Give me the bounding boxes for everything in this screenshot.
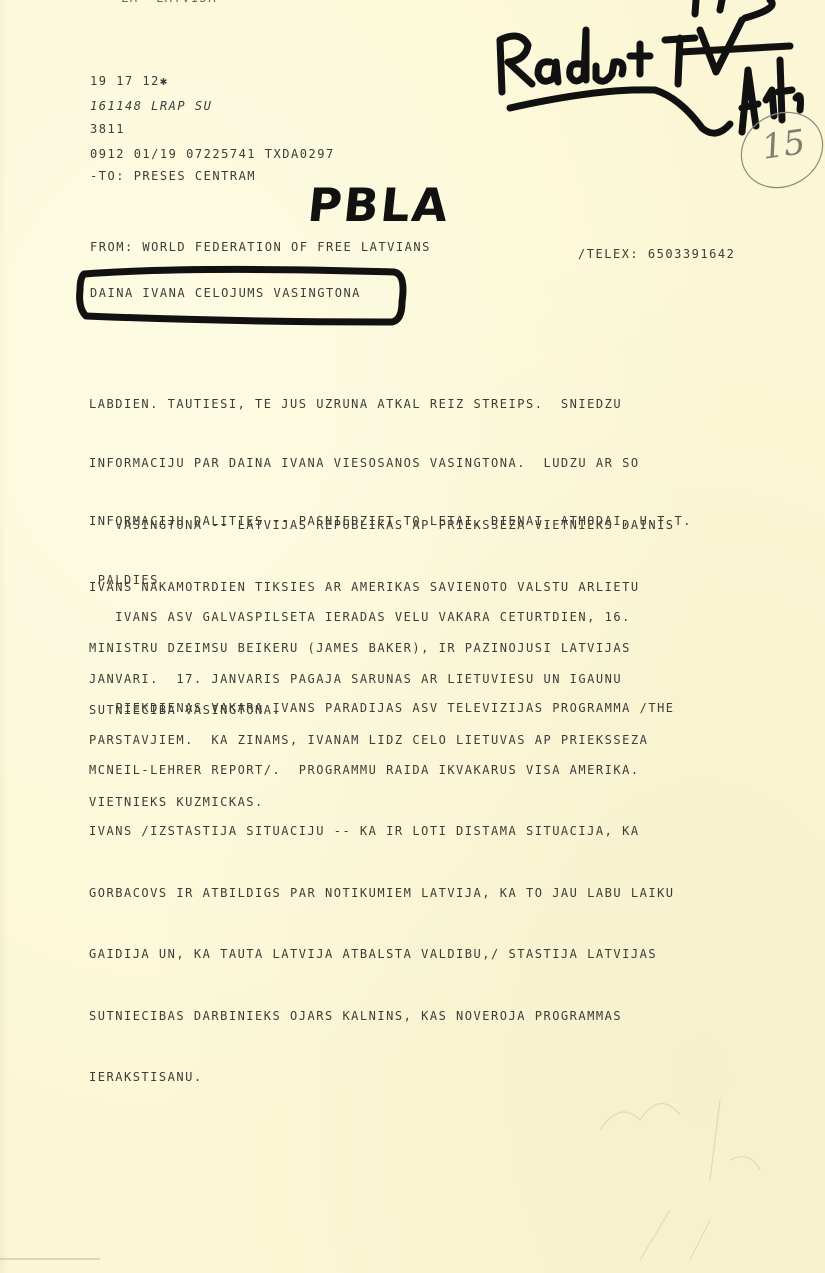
header-reference: 0912 01/19 07225741 TXDA0297 <box>90 145 335 163</box>
header-to: -TO: PRESES CENTRAM <box>90 167 256 185</box>
body-line: SUTNIECIBAS DARBINIEKS OJARS KALNINS, KA… <box>89 1006 675 1027</box>
body-line: IVANS ASV GALVASPILSETA IERADAS VELU VAK… <box>89 607 648 628</box>
body-paragraph-3: PIEKDIENAS VAKARA IVANS PARADIJAS ASV TE… <box>89 657 675 1108</box>
handwritten-pbla: PBLA <box>305 178 452 232</box>
header-code: 3811 <box>90 120 125 138</box>
greeting-line: LABDIEN. TAUTIESI, TE JUS UZRUNA ATKAL R… <box>89 394 692 414</box>
body-line: VASINGTONA -- LATVIJAS REPUBLIKAS AP PRI… <box>89 515 675 536</box>
body-line: MCNEIL-LEHRER REPORT/. PROGRAMMU RAIDA I… <box>89 760 675 781</box>
faint-pencil-marks <box>580 1060 825 1273</box>
body-line: IVANS /IZSTASTIJA SITUACIJU -- KA IR LOT… <box>89 821 675 842</box>
subject-line: DAINA IVANA CELOJUMS VASINGTONA <box>90 284 361 302</box>
greeting-line: INFORMACIJU PAR DAINA IVANA VIESOSANOS V… <box>89 453 692 473</box>
body-line: PIEKDIENAS VAKARA IVANS PARADIJAS ASV TE… <box>89 698 675 719</box>
cropped-top-text: LA LATVIJA <box>95 0 217 5</box>
bottom-edge-mark <box>0 1258 100 1260</box>
header-from: FROM: WORLD FEDERATION OF FREE LATVIANS <box>90 238 431 256</box>
body-line: GAIDIJA UN, KA TAUTA LATVIJA ATBALSTA VA… <box>89 944 675 965</box>
header-telex-number: /TELEX: 6503391642 <box>578 245 735 263</box>
body-line: GORBACOVS IR ATBILDIGS PAR NOTIKUMIEM LA… <box>89 883 675 904</box>
header-time: 19 17 12✱ <box>90 72 169 90</box>
page-number: 15 <box>759 122 807 168</box>
header-answerback: 161148 LRAP SU <box>90 97 212 115</box>
